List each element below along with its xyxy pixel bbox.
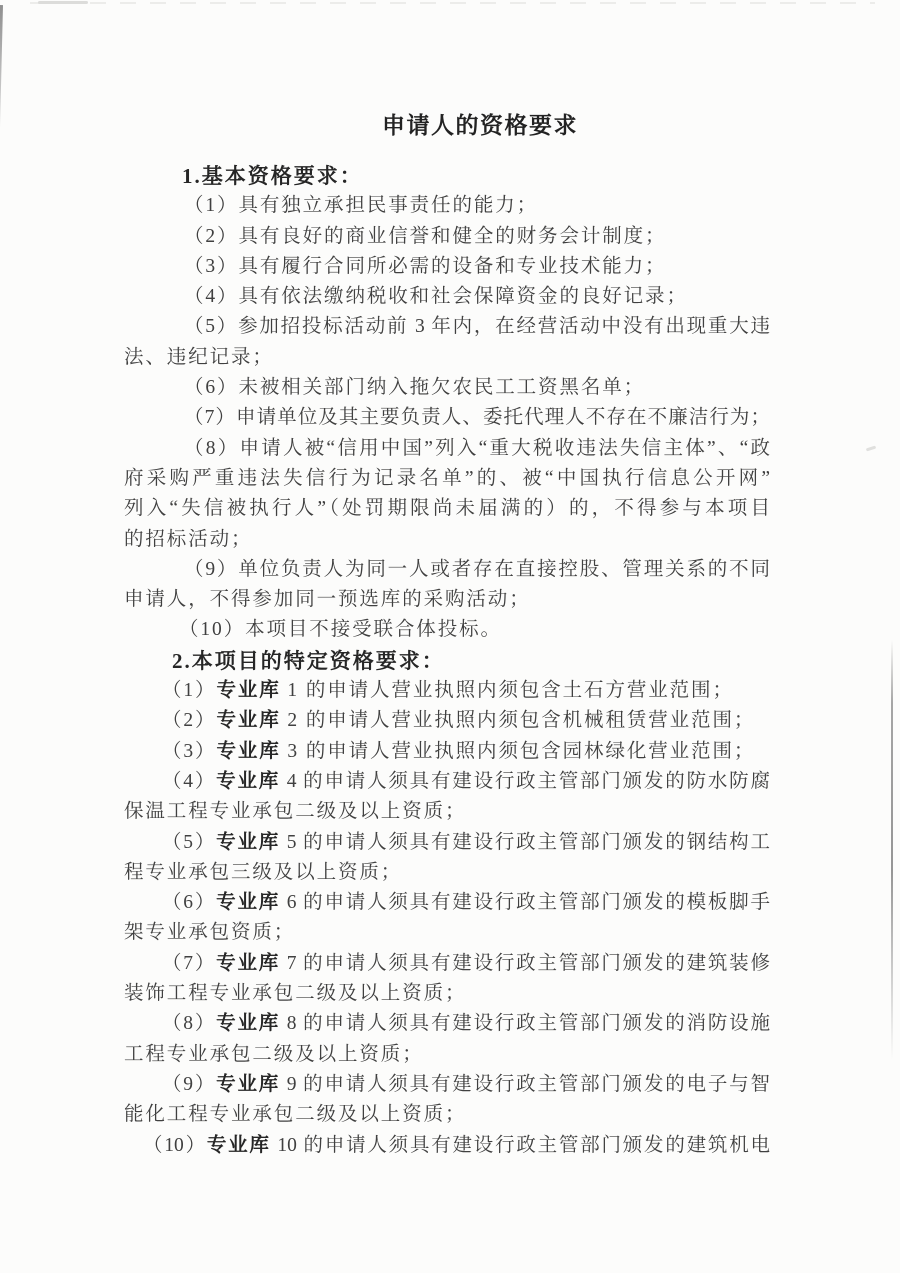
section-heading: 1.基本资格要求： [124, 161, 770, 191]
text-run: 架专业承包资质； [124, 922, 295, 943]
list-item: （3）具有履行合同所必需的设备和专业技术能力； [124, 252, 770, 282]
text-run: （7）申请单位及其主要负责人、委托代理人不存在不廉洁行为； [184, 407, 770, 428]
emphasis-text: 专业库 [216, 1074, 280, 1095]
text-run: （2） [162, 710, 216, 731]
list-item: （4）专业库 4 的申请人须具有建设行政主管部门颁发的防水防腐保温工程专业承包二… [124, 767, 770, 828]
text-run: 能化工程专业承包二级及以上资质； [124, 1104, 466, 1125]
emphasis-text: 专业库 [216, 680, 280, 701]
text-line: 府采购严重违法失信行为记录名单”的、被“中国执行信息公开网” [124, 464, 770, 494]
text-line: （5）专业库 5 的申请人须具有建设行政主管部门颁发的钢结构工 [124, 828, 770, 858]
list-item: （8）专业库 8 的申请人须具有建设行政主管部门颁发的消防设施工程专业承包二级及… [124, 1009, 770, 1070]
text-run: 府采购严重违法失信行为记录名单”的、被“中国执行信息公开网” [124, 468, 770, 489]
emphasis-text: 1.基本资格要求： [182, 164, 363, 188]
section-heading: 2.本项目的特定资格要求： [124, 646, 770, 676]
emphasis-text: 专业库 [216, 710, 280, 731]
text-line: 申请人，不得参加同一预选库的采购活动； [124, 585, 770, 615]
text-line: 装饰工程专业承包二级及以上资质； [124, 979, 770, 1009]
text-line: 保温工程专业承包二级及以上资质； [124, 797, 770, 827]
list-item: （5）专业库 5 的申请人须具有建设行政主管部门颁发的钢结构工程专业承包三级及以… [124, 828, 770, 889]
text-run: 的招标活动； [124, 529, 252, 550]
text-line: （4）专业库 4 的申请人须具有建设行政主管部门颁发的防水防腐 [124, 767, 770, 797]
text-line: （3）具有履行合同所必需的设备和专业技术能力； [124, 252, 770, 282]
text-run: 申请人，不得参加同一预选库的采购活动； [124, 589, 531, 610]
emphasis-text: 专业库 [216, 892, 280, 913]
text-run: （10）本项目不接受联合体投标。 [179, 619, 502, 640]
emphasis-text: 专业库 [207, 1135, 271, 1156]
list-item: （9）专业库 9 的申请人须具有建设行政主管部门颁发的电子与智能化工程专业承包二… [124, 1070, 770, 1131]
text-run: 法、违纪记录； [124, 347, 274, 368]
text-line: 法、违纪记录； [124, 343, 770, 373]
text-line: （6）未被相关部门纳入拖欠农民工工资黑名单； [124, 373, 770, 403]
list-item: （1）具有独立承担民事责任的能力； [124, 191, 770, 221]
text-line: 程专业承包三级及以上资质； [124, 858, 770, 888]
text-line: （3）专业库 3 的申请人营业执照内须包含园林绿化营业范围； [124, 737, 770, 767]
text-run: 工程专业承包二级及以上资质； [124, 1044, 424, 1065]
text-run: （8）申请人被“信用中国”列入“重大税收违法失信主体”、“政 [184, 438, 770, 459]
text-line: （10）本项目不接受联合体投标。 [124, 615, 770, 645]
text-run: 保温工程专业承包二级及以上资质； [124, 801, 466, 822]
list-item: （7）专业库 7 的申请人须具有建设行政主管部门颁发的建筑装修装饰工程专业承包二… [124, 949, 770, 1010]
list-item: （6）专业库 6 的申请人须具有建设行政主管部门颁发的模板脚手架专业承包资质； [124, 888, 770, 949]
text-run: （6）未被相关部门纳入拖欠农民工工资黑名单； [184, 377, 645, 398]
emphasis-text: 2.本项目的特定资格要求： [172, 649, 445, 673]
text-line: 列入“失信被执行人”（处罚期限尚未届满的）的，不得参与本项目 [124, 494, 770, 524]
scan-artifact-top-left-mark [38, 1, 88, 4]
text-run: （3）具有履行合同所必需的设备和专业技术能力； [184, 256, 666, 277]
text-line: （9）专业库 9 的申请人须具有建设行政主管部门颁发的电子与智 [124, 1070, 770, 1100]
list-item: （10）专业库 10 的申请人须具有建设行政主管部门颁发的建筑机电 [124, 1131, 770, 1161]
text-run: （3） [162, 741, 216, 762]
list-item: （5）参加招投标活动前 3 年内，在经营活动中没有出现重大违法、违纪记录； [124, 312, 770, 373]
text-run: （2）具有良好的商业信誉和健全的财务会计制度； [184, 226, 666, 247]
text-run: （6） [162, 892, 216, 913]
list-item: （2）具有良好的商业信誉和健全的财务会计制度； [124, 222, 770, 252]
text-run: 3 的申请人营业执照内须包含园林绿化营业范围； [281, 741, 756, 762]
text-run: （10） [143, 1135, 207, 1156]
list-item: （3）专业库 3 的申请人营业执照内须包含园林绿化营业范围； [124, 737, 770, 767]
scan-artifact-top-edge [30, 2, 875, 4]
text-line: （2）专业库 2 的申请人营业执照内须包含机械租赁营业范围； [124, 706, 770, 736]
text-run: 2 的申请人营业执照内须包含机械租赁营业范围； [281, 710, 756, 731]
emphasis-text: 专业库 [216, 741, 280, 762]
list-item: （6）未被相关部门纳入拖欠农民工工资黑名单； [124, 373, 770, 403]
text-run: （8） [162, 1013, 216, 1034]
text-line: （5）参加招投标活动前 3 年内，在经营活动中没有出现重大违 [124, 312, 770, 342]
list-item: （9）单位负责人为同一人或者存在直接控股、管理关系的不同申请人，不得参加同一预选… [124, 555, 770, 616]
document-body: 1.基本资格要求：（1）具有独立承担民事责任的能力；（2）具有良好的商业信誉和健… [124, 161, 770, 1161]
text-line: 架专业承包资质； [124, 918, 770, 948]
emphasis-text: 专业库 [216, 832, 280, 853]
text-run: 7 的申请人须具有建设行政主管部门颁发的建筑装修 [280, 953, 770, 974]
text-run: 程专业承包三级及以上资质； [124, 862, 402, 883]
text-run: 8 的申请人须具有建设行政主管部门颁发的消防设施 [280, 1013, 770, 1034]
list-item: （7）申请单位及其主要负责人、委托代理人不存在不廉洁行为； [124, 403, 770, 433]
scan-artifact-right-page-edge [891, 640, 893, 1060]
list-item: （2）专业库 2 的申请人营业执照内须包含机械租赁营业范围； [124, 706, 770, 736]
text-line: （4）具有依法缴纳税收和社会保障资金的良好记录； [124, 282, 770, 312]
text-line: （9）单位负责人为同一人或者存在直接控股、管理关系的不同 [124, 555, 770, 585]
text-line: （7）申请单位及其主要负责人、委托代理人不存在不廉洁行为； [124, 403, 770, 433]
text-run: 9 的申请人须具有建设行政主管部门颁发的电子与智 [280, 1074, 770, 1095]
text-line: （1）具有独立承担民事责任的能力； [124, 191, 770, 221]
text-line: 工程专业承包二级及以上资质； [124, 1040, 770, 1070]
text-run: 10 的申请人须具有建设行政主管部门颁发的建筑机电 [271, 1135, 770, 1156]
document-title: 申请人的资格要求 [60, 110, 900, 142]
text-line: 的招标活动； [124, 525, 770, 555]
emphasis-text: 专业库 [216, 771, 280, 792]
text-line: （10）专业库 10 的申请人须具有建设行政主管部门颁发的建筑机电 [124, 1131, 770, 1161]
list-item: （10）本项目不接受联合体投标。 [124, 615, 770, 645]
text-run: （1） [162, 680, 216, 701]
text-line: 能化工程专业承包二级及以上资质； [124, 1100, 770, 1130]
list-item: （1）专业库 1 的申请人营业执照内须包含土石方营业范围； [124, 676, 770, 706]
text-run: （9） [162, 1074, 216, 1095]
text-run: 6 的申请人须具有建设行政主管部门颁发的模板脚手 [280, 892, 770, 913]
text-line: （8）专业库 8 的申请人须具有建设行政主管部门颁发的消防设施 [124, 1009, 770, 1039]
text-run: （5） [162, 832, 216, 853]
text-run: 装饰工程专业承包二级及以上资质； [124, 983, 466, 1004]
text-line: （7）专业库 7 的申请人须具有建设行政主管部门颁发的建筑装修 [124, 949, 770, 979]
text-line: （2）具有良好的商业信誉和健全的财务会计制度； [124, 222, 770, 252]
text-run: （1）具有独立承担民事责任的能力； [184, 195, 538, 216]
scan-artifact-left-corner-line [0, 5, 3, 165]
text-run: 1 的申请人营业执照内须包含土石方营业范围； [281, 680, 734, 701]
list-item: （8）申请人被“信用中国”列入“重大税收违法失信主体”、“政府采购严重违法失信行… [124, 434, 770, 555]
text-run: （5）参加招投标活动前 3 年内，在经营活动中没有出现重大违 [184, 316, 770, 337]
text-run: （4）具有依法缴纳税收和社会保障资金的良好记录； [184, 286, 688, 307]
text-run: （9）单位负责人为同一人或者存在直接控股、管理关系的不同 [184, 559, 770, 580]
text-run: 4 的申请人须具有建设行政主管部门颁发的防水防腐 [280, 771, 770, 792]
list-item: （4）具有依法缴纳税收和社会保障资金的良好记录； [124, 282, 770, 312]
text-run: 列入“失信被执行人”（处罚期限尚未届满的）的，不得参与本项目 [124, 498, 770, 519]
text-run: （4） [162, 771, 216, 792]
text-line: （8）申请人被“信用中国”列入“重大税收违法失信主体”、“政 [124, 434, 770, 464]
scanned-document-page: 申请人的资格要求 1.基本资格要求：（1）具有独立承担民事责任的能力；（2）具有… [0, 0, 900, 1273]
text-line: （6）专业库 6 的申请人须具有建设行政主管部门颁发的模板脚手 [124, 888, 770, 918]
emphasis-text: 专业库 [216, 1013, 280, 1034]
text-run: 5 的申请人须具有建设行政主管部门颁发的钢结构工 [280, 832, 770, 853]
text-line: （1）专业库 1 的申请人营业执照内须包含土石方营业范围； [124, 676, 770, 706]
emphasis-text: 专业库 [216, 953, 280, 974]
text-run: （7） [162, 953, 216, 974]
scan-artifact-smudge [866, 446, 876, 452]
